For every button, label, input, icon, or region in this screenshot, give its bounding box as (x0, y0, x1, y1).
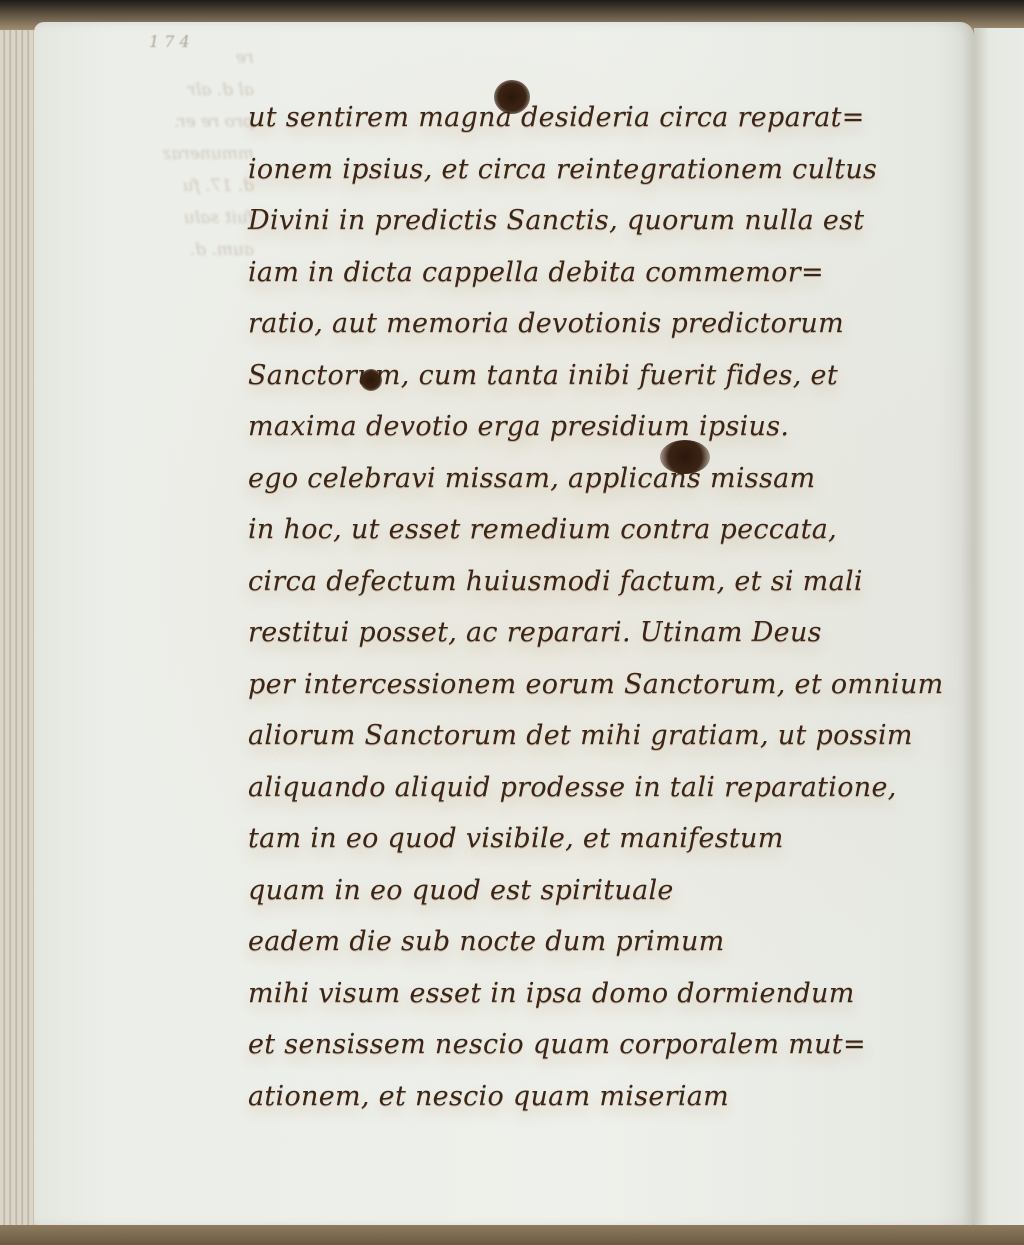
text-line: per intercessionem eorum Sanctorum, et o… (248, 659, 928, 711)
ink-blot (660, 440, 710, 474)
text-line: Divini in predictis Sanctis, quorum null… (248, 195, 928, 247)
text-line: ut sentirem magna desideria circa repara… (248, 92, 928, 144)
bleed-line: d. 17. fu (94, 170, 254, 202)
text-line: aliorum Sanctorum det mihi gratiam, ut p… (248, 710, 928, 762)
text-line: Sanctorum, cum tanta inibi fuerit fides,… (248, 350, 928, 402)
bleed-line: aum. d. (94, 234, 254, 266)
bleed-line: al d. alr (94, 74, 254, 106)
bleed-line: fuit salu (94, 202, 254, 234)
ink-blot (360, 369, 382, 391)
text-line: et sensissem nescio quam corporalem mut= (248, 1019, 928, 1071)
text-line: iam in dicta cappella debita commemor= (248, 247, 928, 299)
text-line: restitui posset, ac reparari. Utinam Deu… (248, 607, 928, 659)
bleed-line: pro re er. (94, 106, 254, 138)
text-line: aliquando aliquid prodesse in tali repar… (248, 762, 928, 814)
text-line: maxima devotio erga presidium ipsius. (248, 401, 928, 453)
bleed-line: re (94, 42, 254, 74)
bleed-through-text: re al d. alr pro re er. mmuneraz d. 17. … (94, 42, 254, 422)
text-line: circa defectum huiusmodi factum, et si m… (248, 556, 928, 608)
text-line: ionem ipsius, et circa reintegrationem c… (248, 144, 928, 196)
text-line: in hoc, ut esset remedium contra peccata… (248, 504, 928, 556)
text-line: eadem die sub nocte dum primum (248, 916, 928, 968)
facing-page-edge (973, 28, 1024, 1225)
manuscript-photo: 1 7 4 re al d. alr pro re er. mmuneraz d… (0, 0, 1024, 1245)
text-line: ationem, et nescio quam miseriam (248, 1071, 928, 1123)
text-line: mihi visum esset in ipsa domo dormiendum (248, 968, 928, 1020)
text-line: quam in eo quod est spirituale (248, 865, 928, 917)
ink-blot (494, 80, 530, 114)
book-binding-bottom (0, 1225, 1024, 1245)
text-line: ratio, aut memoria devotionis predictoru… (248, 298, 928, 350)
handwritten-text: ut sentirem magna desideria circa repara… (248, 92, 928, 1122)
text-line: ego celebravi missam, applicans missam (248, 453, 928, 505)
text-line: tam in eo quod visibile, et manifestum (248, 813, 928, 865)
page-edges-left (0, 30, 37, 1225)
bleed-line: mmuneraz (94, 138, 254, 170)
